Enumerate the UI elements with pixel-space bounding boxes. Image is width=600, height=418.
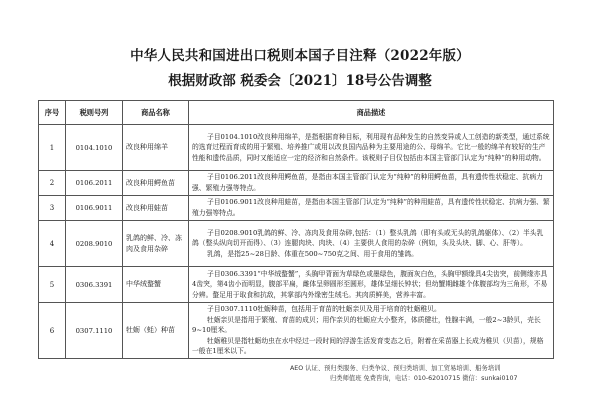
header-code: 税则号列 xyxy=(66,101,123,125)
row-code: 0106.9011 xyxy=(66,196,123,221)
table-row: 4 0208.9010 乳鸽的鲜、冷、冻肉及食用杂碎 子目0208.9010乳鸽… xyxy=(39,221,554,267)
notes-table: 序号 税则号列 商品名称 商品描述 1 0104.1010 改良种用绵羊 子目0… xyxy=(38,100,554,359)
row-desc: 子目0106.2011改良种用鳄鱼苗，是指由本国主管部门认定为“纯种”的种用鳄鱼… xyxy=(189,171,554,196)
row-no: 6 xyxy=(39,303,66,359)
table-header-row: 序号 税则号列 商品名称 商品描述 xyxy=(39,101,554,125)
document-subtitle: 根据财政部 税委会〔2021〕18号公告调整 xyxy=(0,69,600,89)
table-row: 1 0104.1010 改良种用绵羊 子目0104.1010改良种用绵羊，是指根… xyxy=(39,125,554,171)
row-no: 1 xyxy=(39,125,66,171)
row-name: 中华绒螯蟹 xyxy=(123,267,189,303)
desc-paragraph: 子目0306.3391“中华绒螯蟹”，头胸甲背面为草绿色或墨绿色，腹面灰白色，头… xyxy=(192,269,550,301)
desc-paragraph: 子目0106.9011改良种用蛙苗，是指由本国主管部门认定为“纯种”的种用蛙苗，… xyxy=(192,197,550,218)
footer-contact: AEO 认证、预归类服务、归类争议、预归类培训、加工贸易培训、船务培训 归类师值… xyxy=(290,364,590,384)
row-desc: 子目0104.1010改良种用绵羊，是指根据育种目标，利用现有品种发生的自然变异… xyxy=(189,125,554,171)
desc-paragraph: 子目0208.9010乳鸽的鲜、冷、冻肉及食用杂碎,包括：（1）整头乳鸽（即有头… xyxy=(192,228,550,249)
row-no: 3 xyxy=(39,196,66,221)
row-desc: 子目0307.1110牡蛎种苗，包括用于育苗的牡蛎亲贝及用于培育的牡蛎稚贝。 牡… xyxy=(189,303,554,359)
document-title: 中华人民共和国进出口税则本国子目注释（2022年版） xyxy=(0,44,600,64)
row-desc: 子目0208.9010乳鸽的鲜、冷、冻肉及食用杂碎,包括：（1）整头乳鸽（即有头… xyxy=(189,221,554,267)
desc-paragraph: 子目0104.1010改良种用绵羊，是指根据育种目标，利用现有品种发生的自然变异… xyxy=(192,132,550,164)
row-name: 改良种用绵羊 xyxy=(123,125,189,171)
row-code: 0306.3391 xyxy=(66,267,123,303)
table-row: 2 0106.2011 改良种用鳄鱼苗 子目0106.2011改良种用鳄鱼苗，是… xyxy=(39,171,554,196)
row-name: 乳鸽的鲜、冷、冻肉及食用杂碎 xyxy=(123,221,189,267)
desc-paragraph: 牡蛎稚贝是指牡蛎幼虫在水中经过一段时间的浮游生活发育变态之后，附着在采苗器上长成… xyxy=(192,336,550,357)
desc-paragraph: 子目0307.1110牡蛎种苗，包括用于育苗的牡蛎亲贝及用于培育的牡蛎稚贝。 xyxy=(192,304,550,315)
row-no: 5 xyxy=(39,267,66,303)
row-name: 改良种用鳄鱼苗 xyxy=(123,171,189,196)
header-no: 序号 xyxy=(39,101,66,125)
table-row: 5 0306.3391 中华绒螯蟹 子目0306.3391“中华绒螯蟹”，头胸甲… xyxy=(39,267,554,303)
row-name: 牡蛎（蚝）种苗 xyxy=(123,303,189,359)
row-no: 2 xyxy=(39,171,66,196)
table-row: 6 0307.1110 牡蛎（蚝）种苗 子目0307.1110牡蛎种苗，包括用于… xyxy=(39,303,554,359)
footer-services: AEO 认证、预归类服务、归类争议、预归类培训、加工贸易培训、船务培训 xyxy=(290,364,590,374)
header-name: 商品名称 xyxy=(123,101,189,125)
row-no: 4 xyxy=(39,221,66,267)
row-desc: 子目0306.3391“中华绒螯蟹”，头胸甲背面为草绿色或墨绿色，腹面灰白色，头… xyxy=(189,267,554,303)
row-code: 0106.2011 xyxy=(66,171,123,196)
desc-paragraph: 乳鸽，是指25~28日龄、体重在500~750克之间、用于食用的雏鸽。 xyxy=(192,249,550,260)
desc-paragraph: 子目0106.2011改良种用鳄鱼苗，是指由本国主管部门认定为“纯种”的种用鳄鱼… xyxy=(192,172,550,193)
row-desc: 子目0106.9011改良种用蛙苗，是指由本国主管部门认定为“纯种”的种用蛙苗，… xyxy=(189,196,554,221)
table-row: 3 0106.9011 改良种用蛙苗 子目0106.9011改良种用蛙苗，是指由… xyxy=(39,196,554,221)
row-code: 0208.9010 xyxy=(66,221,123,267)
desc-paragraph: 牡蛎亲贝是指用于繁殖、育苗的成贝；用作亲贝的牡蛎应大小整齐，体质健壮，性腺丰满，… xyxy=(192,315,550,336)
row-code: 0104.1010 xyxy=(66,125,123,171)
footer-phone-wechat: 归类师值班 免费咨询，电话：010-62010715 微信：sunkai0107 xyxy=(290,374,590,384)
row-code: 0307.1110 xyxy=(66,303,123,359)
row-name: 改良种用蛙苗 xyxy=(123,196,189,221)
header-desc: 商品描述 xyxy=(189,101,554,125)
